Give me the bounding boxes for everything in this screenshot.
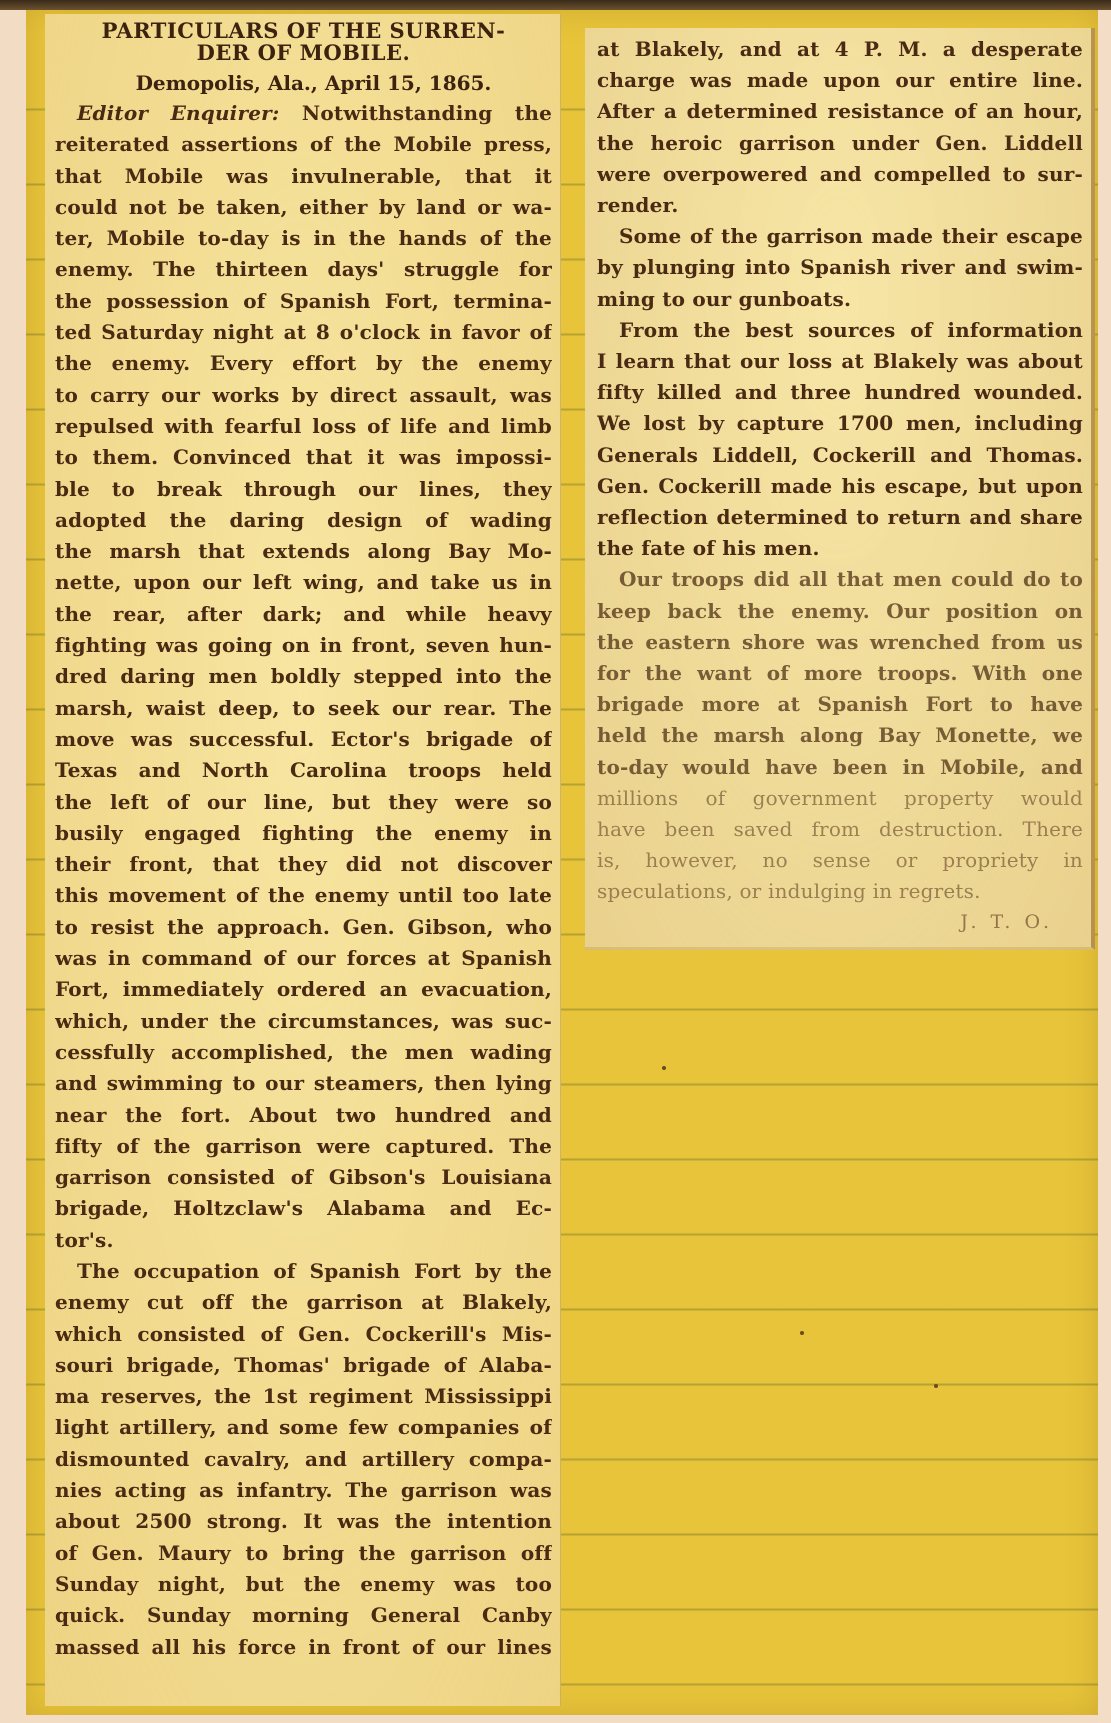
text-line: tor's. bbox=[55, 1225, 552, 1256]
text-line: nies acting as infantry. The garrison wa… bbox=[55, 1475, 552, 1506]
text-line: and swimming to our steamers, then lying bbox=[55, 1068, 552, 1099]
text-line: charge was made upon our entire line. bbox=[597, 65, 1083, 96]
headline: PARTICULARS OF THE SURREN- DER OF MOBILE… bbox=[55, 20, 552, 64]
text-line: near the fort. About two hundred and bbox=[55, 1100, 552, 1131]
text-line: Some of the garrison made their escape bbox=[597, 221, 1083, 252]
text-line: the enemy. Every effort by the enemy bbox=[55, 348, 552, 379]
text-line: were overpowered and compelled to sur- bbox=[597, 159, 1083, 190]
salutation: Editor Enquirer: bbox=[77, 101, 279, 125]
text-line: render. bbox=[597, 190, 1083, 221]
text-line: Sunday night, but the enemy was too bbox=[55, 1569, 552, 1600]
text-line: to-day would have been in Mobile, and bbox=[597, 752, 1083, 783]
paper-speck bbox=[662, 1066, 666, 1070]
text-line: to them. Convinced that it was impossi- bbox=[55, 442, 552, 473]
text-line: ter, Mobile to-day is in the hands of th… bbox=[55, 223, 552, 254]
text-line: enemy. The thirteen days' struggle for bbox=[55, 254, 552, 285]
text-line: the eastern shore was wrenched from us bbox=[597, 627, 1083, 658]
text-line: was in command of our forces at Spanish bbox=[55, 943, 552, 974]
text-line: brigade more at Spanish Fort to have bbox=[597, 689, 1083, 720]
text-line: the rear, after dark; and while heavy bbox=[55, 599, 552, 630]
text-line: Our troops did all that men could do to bbox=[597, 564, 1083, 595]
text-line: speculations, or indulging in regrets. bbox=[597, 876, 1083, 907]
text-line: The occupation of Spanish Fort by the bbox=[55, 1256, 552, 1287]
clipping-left-column: PARTICULARS OF THE SURREN- DER OF MOBILE… bbox=[45, 14, 561, 1706]
text-line: busily engaged fighting the enemy in bbox=[55, 818, 552, 849]
text-line: ted Saturday night at 8 o'clock in favor… bbox=[55, 317, 552, 348]
text-line: We lost by capture 1700 men, including bbox=[597, 408, 1083, 439]
text-line: fifty of the garrison were captured. The bbox=[55, 1131, 552, 1162]
text-line: which consisted of Gen. Cockerill's Mis- bbox=[55, 1319, 552, 1350]
text-line: held the marsh along Bay Monette, we bbox=[597, 720, 1083, 751]
text-line: this movement of the enemy until too lat… bbox=[55, 880, 552, 911]
text-line: ming to our gunboats. bbox=[597, 284, 1083, 315]
text-line: the fate of his men. bbox=[597, 533, 1083, 564]
text-line: for the want of more troops. With one bbox=[597, 658, 1083, 689]
text-line: dismounted cavalry, and artillery compa- bbox=[55, 1444, 552, 1475]
text-line: brigade, Holtzclaw's Alabama and Ec- bbox=[55, 1193, 552, 1224]
text-line: quick. Sunday morning General Canby bbox=[55, 1600, 552, 1631]
text-line: at Blakely, and at 4 P. M. a desperate bbox=[597, 34, 1083, 65]
text-line: keep back the enemy. Our position on bbox=[597, 596, 1083, 627]
paper-speck bbox=[800, 1331, 804, 1335]
text-line: about 2500 strong. It was the intention bbox=[55, 1506, 552, 1537]
text-line: fighting was going on in front, seven hu… bbox=[55, 630, 552, 661]
text-line: to carry our works by direct assault, wa… bbox=[55, 380, 552, 411]
text-line: marsh, waist deep, to seek our rear. The bbox=[55, 693, 552, 724]
headline-line-2: DER OF MOBILE. bbox=[197, 40, 411, 65]
frame-top-edge bbox=[0, 0, 1111, 10]
text-line: reiterated assertions of the Mobile pres… bbox=[55, 129, 552, 160]
text-line: massed all his force in front of our lin… bbox=[55, 1632, 552, 1663]
text-line: light artillery, and some few companies … bbox=[55, 1412, 552, 1443]
text-line: the marsh that extends along Bay Mo- bbox=[55, 536, 552, 567]
text-line: nette, upon our left wing, and take us i… bbox=[55, 567, 552, 598]
text-line: move was successful. Ector's brigade of bbox=[55, 724, 552, 755]
frame-mat bbox=[1098, 10, 1111, 1723]
text-line: is, however, no sense or propriety in bbox=[597, 845, 1083, 876]
text-line: cessfully accomplished, the men wading bbox=[55, 1037, 552, 1068]
text-line: After a determined resistance of an hour… bbox=[597, 96, 1083, 127]
text-line: ble to break through our lines, they bbox=[55, 474, 552, 505]
text-line: by plunging into Spanish river and swim- bbox=[597, 252, 1083, 283]
text-line: the possession of Spanish Fort, termina- bbox=[55, 286, 552, 317]
text-line: that Mobile was invulnerable, that it bbox=[55, 161, 552, 192]
text-line: which, under the circumstances, was suc- bbox=[55, 1006, 552, 1037]
clipping-right-column: at Blakely, and at 4 P. M. a desperate c… bbox=[585, 28, 1095, 950]
text-line: the left of our line, but they were so bbox=[55, 787, 552, 818]
text-line: fifty killed and three hundred wounded. bbox=[597, 377, 1083, 408]
text-line: Gen. Cockerill made his escape, but upon bbox=[597, 471, 1083, 502]
text-line: I learn that our loss at Blakely was abo… bbox=[597, 346, 1083, 377]
text-line: souri brigade, Thomas' brigade of Alaba- bbox=[55, 1350, 552, 1381]
text-line: Editor Enquirer: Notwithstanding the bbox=[55, 98, 552, 129]
signature: J. T. O. bbox=[597, 908, 1083, 936]
text-line: dred daring men boldly stepped into the bbox=[55, 661, 552, 692]
text-line: garrison consisted of Gibson's Louisiana bbox=[55, 1162, 552, 1193]
text-line: Generals Liddell, Cockerill and Thomas. bbox=[597, 440, 1083, 471]
text-line: their front, that they did not discover bbox=[55, 849, 552, 880]
text-line: adopted the daring design of wading bbox=[55, 505, 552, 536]
text-line: enemy cut off the garrison at Blakely, bbox=[55, 1287, 552, 1318]
text-line: reflection determined to return and shar… bbox=[597, 502, 1083, 533]
text-line: ma reserves, the 1st regiment Mississipp… bbox=[55, 1381, 552, 1412]
paper-speck bbox=[934, 1384, 938, 1388]
text-line: repulsed with fearful loss of life and l… bbox=[55, 411, 552, 442]
text-line: millions of government property would bbox=[597, 783, 1083, 814]
text-line: Fort, immediately ordered an evacuation, bbox=[55, 974, 552, 1005]
text-line: From the best sources of information bbox=[597, 315, 1083, 346]
text-line: of Gen. Maury to bring the garrison off bbox=[55, 1538, 552, 1569]
text-line: the heroic garrison under Gen. Liddell bbox=[597, 128, 1083, 159]
text-line: Texas and North Carolina troops held bbox=[55, 755, 552, 786]
dateline: Demopolis, Ala., April 15, 1865. bbox=[75, 68, 552, 98]
text-line: to resist the approach. Gen. Gibson, who bbox=[55, 912, 552, 943]
text-line: could not be taken, either by land or wa… bbox=[55, 192, 552, 223]
text-line: have been saved from destruction. There bbox=[597, 814, 1083, 845]
